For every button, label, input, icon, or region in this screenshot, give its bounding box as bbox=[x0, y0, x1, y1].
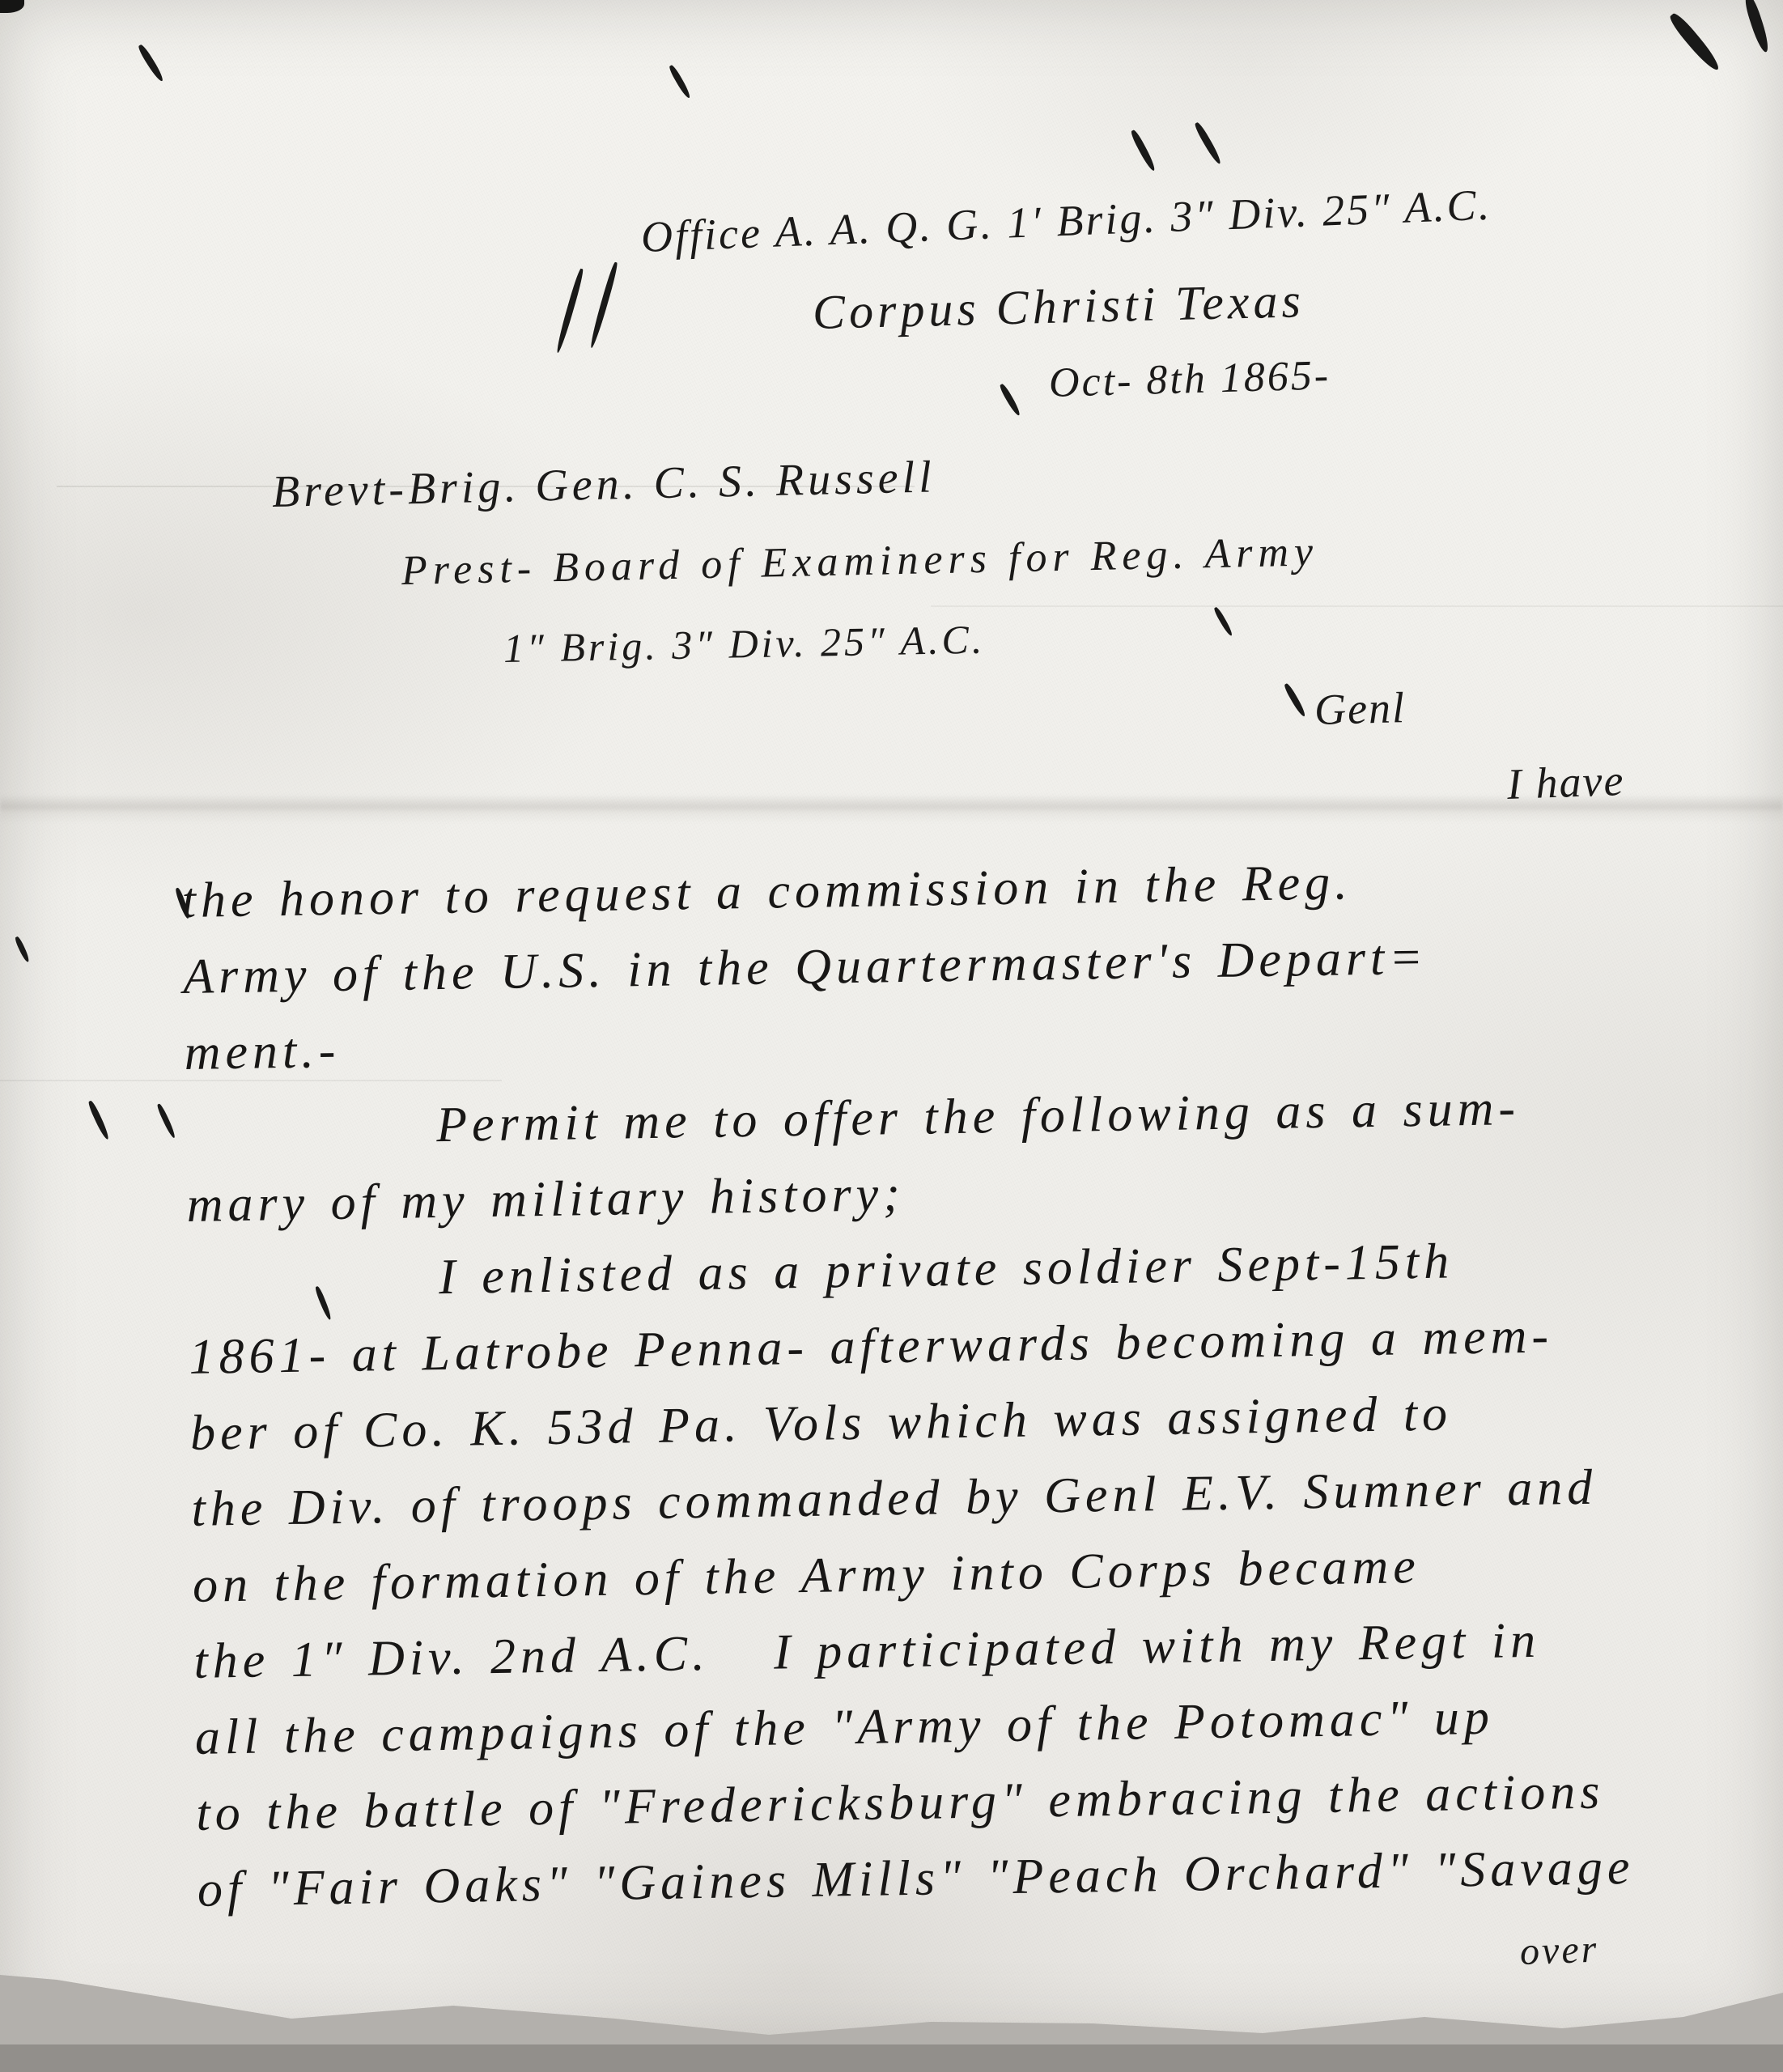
ink-stroke-mark bbox=[1212, 606, 1233, 637]
ink-stroke-mark bbox=[137, 44, 165, 83]
page-turn-catchword: over bbox=[1519, 1927, 1599, 1974]
recipient-title-line: Prest- Board of Examiners for Reg. Army bbox=[401, 528, 1318, 595]
recipient-unit-line: 1″ Brig. 3″ Div. 25″ A.C. bbox=[503, 616, 985, 672]
scanner-bed-strip bbox=[0, 2044, 1783, 2072]
letter-place-line: Corpus Christi Texas bbox=[812, 273, 1305, 341]
ink-stroke-mark bbox=[14, 936, 31, 963]
ink-stroke-mark bbox=[1283, 682, 1307, 718]
letter-body: the honor to request a commission in the… bbox=[181, 838, 1776, 1927]
ink-stroke-mark bbox=[156, 1103, 177, 1140]
ink-blot bbox=[1743, 0, 1772, 53]
scanned-letter-page: Office A. A. Q. G. 1′ Brig. 3″ Div. 25″ … bbox=[0, 0, 1783, 2072]
ink-stroke-mark bbox=[668, 64, 692, 100]
ink-stroke-mark bbox=[1129, 129, 1157, 172]
ink-blot bbox=[0, 0, 24, 13]
letter-date-line: Oct- 8th 1865- bbox=[1048, 351, 1331, 407]
ink-stroke-mark bbox=[999, 383, 1022, 417]
fold-crease bbox=[931, 605, 1783, 607]
salutation: Genl bbox=[1314, 682, 1407, 735]
flourish-stroke bbox=[554, 268, 584, 354]
recipient-name-line: Brevt-Brig. Gen. C. S. Russell bbox=[271, 451, 936, 518]
flourish-stroke bbox=[588, 261, 619, 349]
letter-office-line: Office A. A. Q. G. 1′ Brig. 3″ Div. 25″ … bbox=[640, 180, 1492, 262]
ink-stroke-mark bbox=[87, 1100, 110, 1141]
ink-blot bbox=[1667, 11, 1723, 74]
opening-words: I have bbox=[1506, 755, 1625, 809]
ink-stroke-mark bbox=[1193, 121, 1223, 166]
letter-paper: Office A. A. Q. G. 1′ Brig. 3″ Div. 25″ … bbox=[0, 0, 1783, 2040]
